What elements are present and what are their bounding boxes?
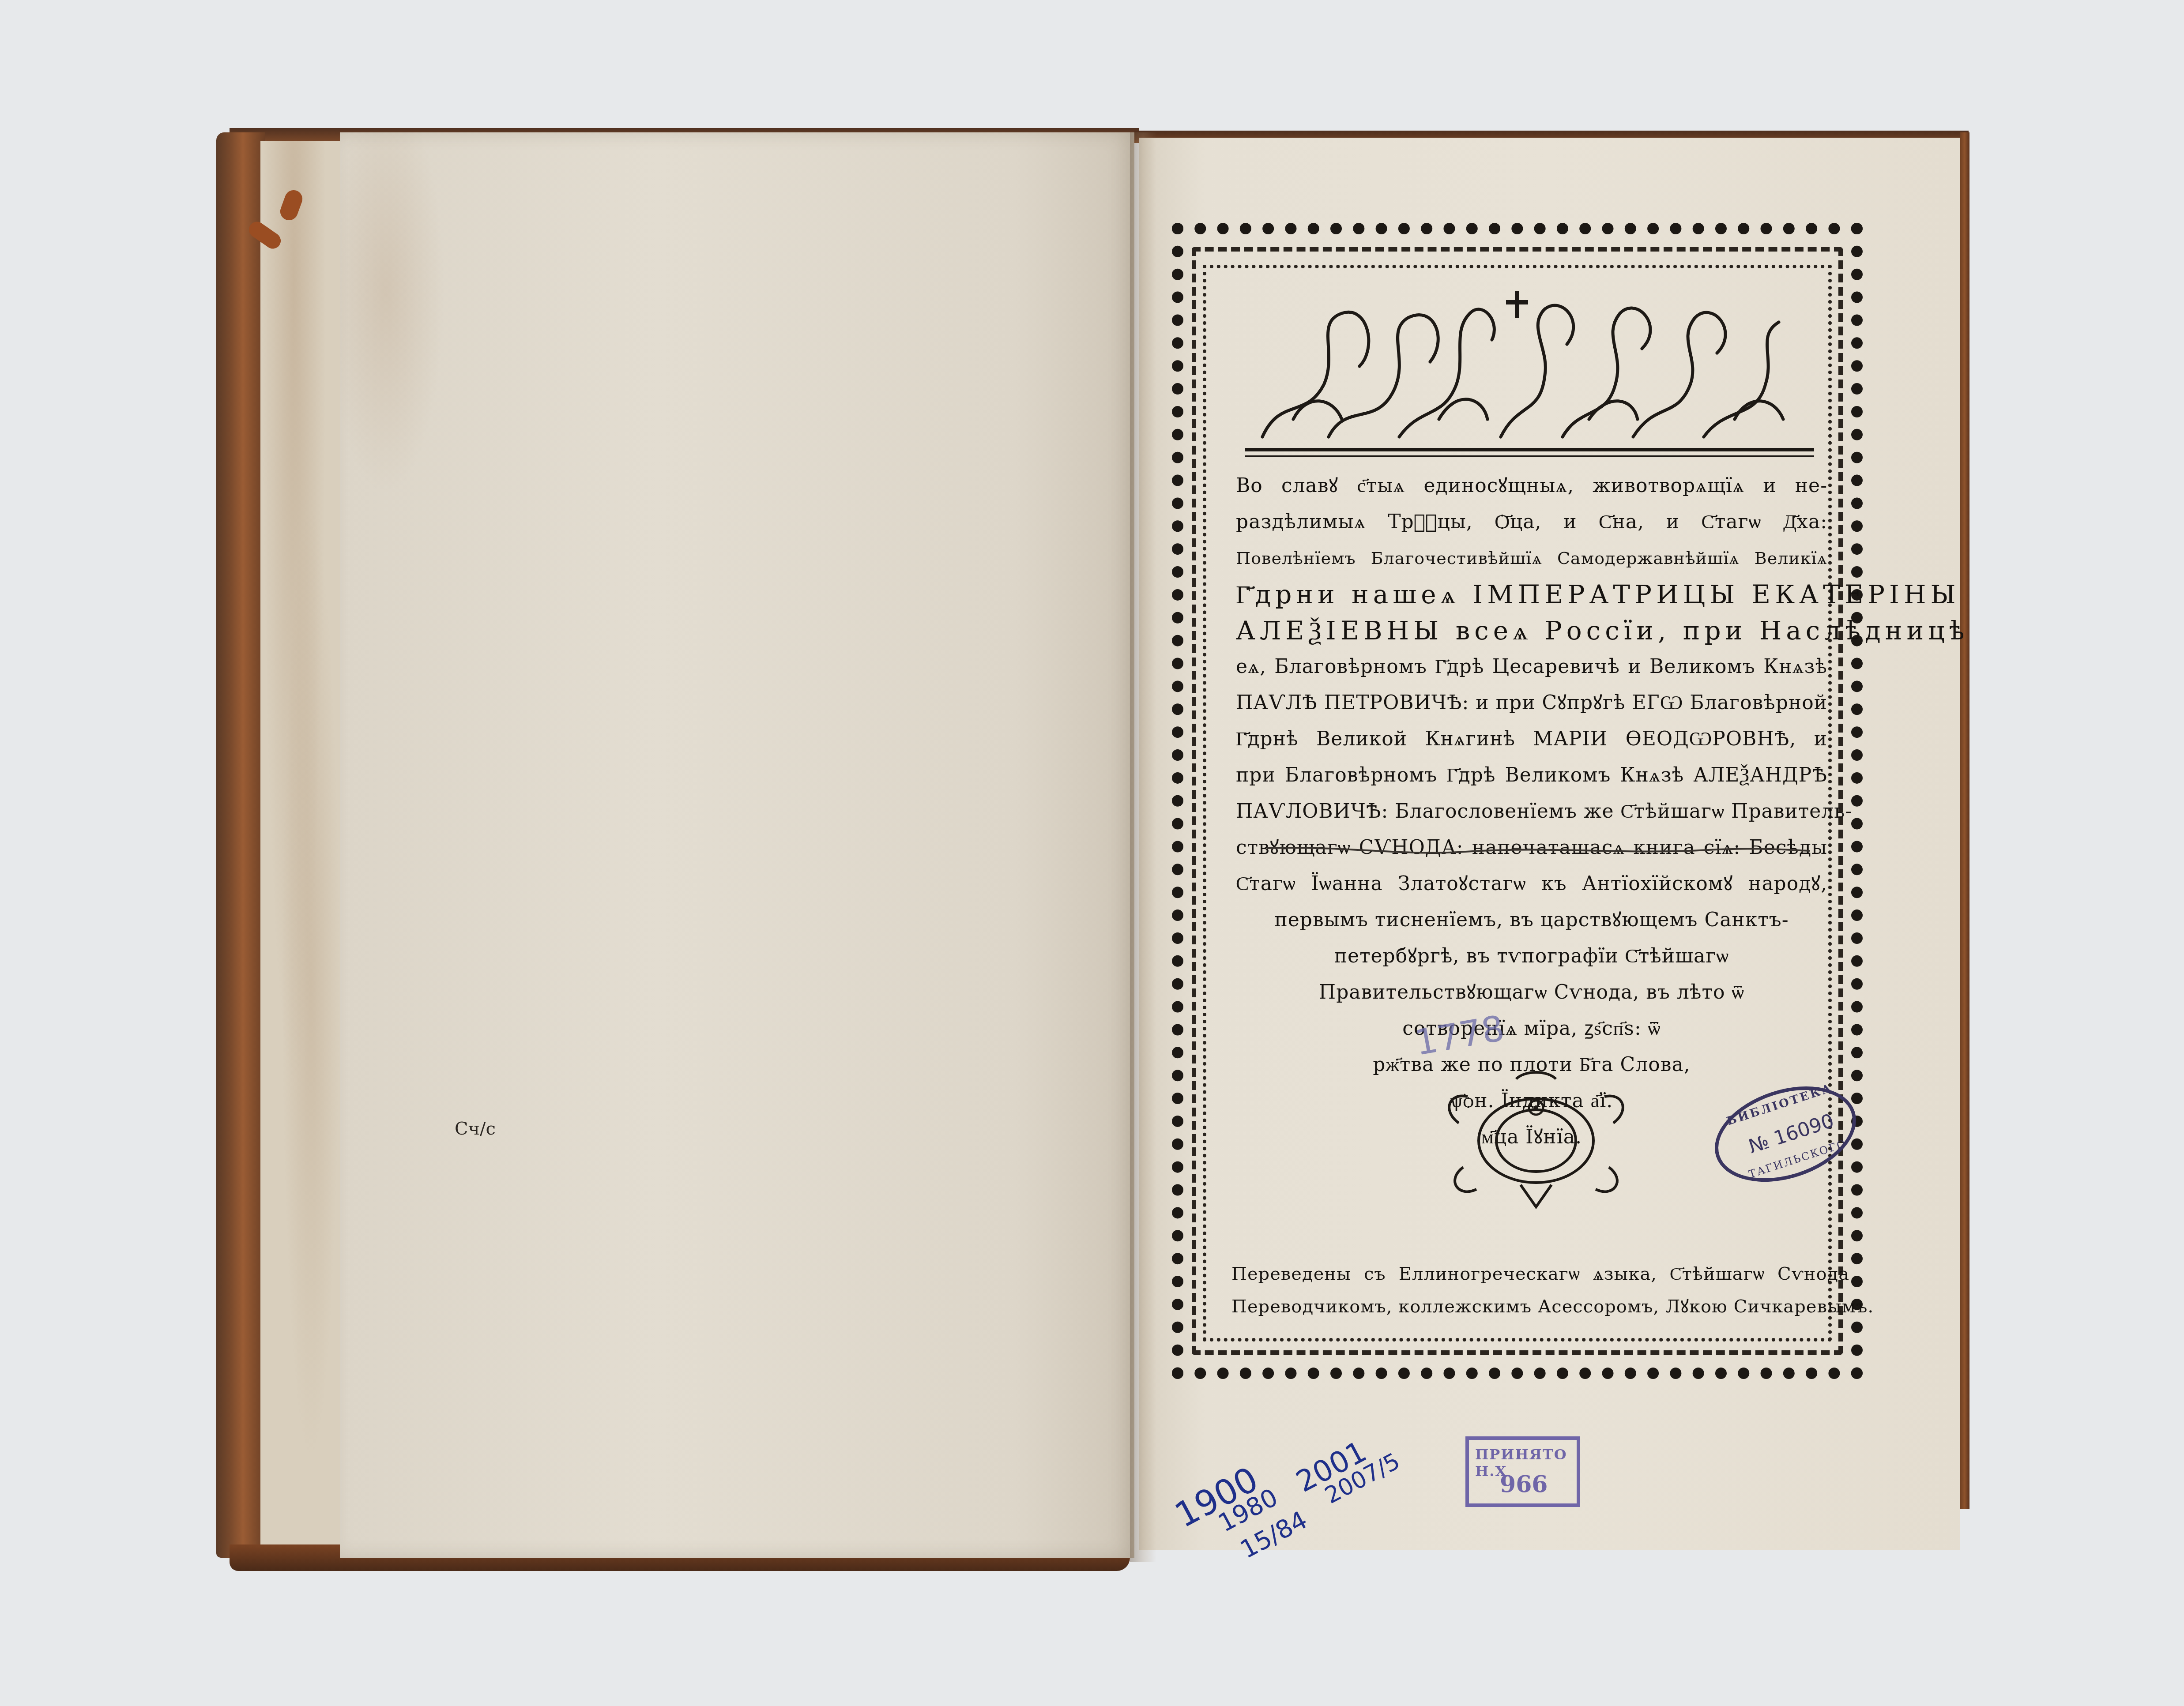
footer-line: Переводчикомъ, коллежскимъ Асессоромъ, Л… [1231, 1290, 1849, 1323]
title-line: Г҃дрнѣ Великой Кнѧгинѣ МАРІИ ѲЕОДѠРОВНѢ,… [1236, 721, 1827, 757]
rococo-vignette-ornament-icon [1432, 1070, 1640, 1211]
title-line: Во славꙋ с҃тыѧ единосꙋщныѧ, животворѧщїѧ… [1236, 468, 1827, 504]
book-gutter-shadow [1130, 132, 1156, 1562]
stained-flyleaf [260, 141, 344, 1544]
title-line: петербꙋргѣ, въ тѵпографїи С҃тѣйшагѡ [1236, 938, 1827, 974]
title-line-patronymic: АЛЕѮІЕВНЫ всеѧ Россїи, при Наслѣдницѣ [1236, 613, 1827, 649]
title-line-empress-name: Г҃дрни нашеѧ ІМПЕРАТРИЦЫ ЕКАТЕРІНЫ [1236, 576, 1827, 613]
title-line: ПАѴЛѢ ПЕТРОВИЧѢ: и при Сꙋпрꙋгѣ ЕГѠ Благо… [1236, 685, 1827, 721]
footer-line: Переведены съ Еллиногреческагѡ ѧзыка, С҃… [1231, 1258, 1849, 1290]
headpiece-rule [1245, 448, 1814, 451]
acquisition-rect-stamp: ПРИНЯТО Н.Х 966 [1465, 1436, 1580, 1507]
left-blank-page [340, 132, 1134, 1558]
title-line: первымъ тисненїемъ, въ царствꙋющемъ Санк… [1236, 902, 1827, 938]
headpiece-rule-thin [1245, 455, 1814, 457]
title-line: Повелѣнїемъ Благочестивѣйшїѧ Самодержавн… [1236, 540, 1827, 576]
translator-credit: Переведены съ Еллиногреческагѡ ѧзыка, С҃… [1231, 1258, 1849, 1323]
stamp-number: 966 [1500, 1471, 1548, 1498]
title-line: Правительствꙋющагѡ Сѵнода, въ лѣто ѿ [1236, 974, 1827, 1011]
handwritten-underline [1267, 844, 1810, 857]
baroque-headpiece-ornament-icon [1254, 287, 1805, 446]
left-page-pencil-mark: Сч/с [455, 1119, 496, 1139]
title-line: еѧ, Благовѣрномъ Г҃дрѣ Цесаревичѣ и Вели… [1236, 649, 1827, 685]
leather-cover-right-edge [1960, 132, 1969, 1509]
title-line: раздѣлимыѧ Трⷪ҇цы, Ѻ҃ца, и С҃на, и С҃таг… [1236, 504, 1827, 540]
title-line: при Благовѣрномъ Г҃дрѣ Великомъ Кнѧзѣ АЛ… [1236, 757, 1827, 793]
title-line: ПАѴЛОВИЧѢ: Благословенїемъ же С҃тѣйшагѡ … [1236, 793, 1827, 830]
leather-spine-edge [216, 132, 265, 1558]
title-line: сотворенїѧ мїра, ꙁѕ҃сп҃ѕ: ѿ [1236, 1011, 1827, 1047]
title-line-book-title: С҃тагѡ Їѡанна Златоꙋстагѡ къ Антїохїйско… [1236, 866, 1827, 902]
title-page-text: Во славꙋ с҃тыѧ единосꙋщныѧ, животворѧщїѧ… [1236, 468, 1827, 1155]
